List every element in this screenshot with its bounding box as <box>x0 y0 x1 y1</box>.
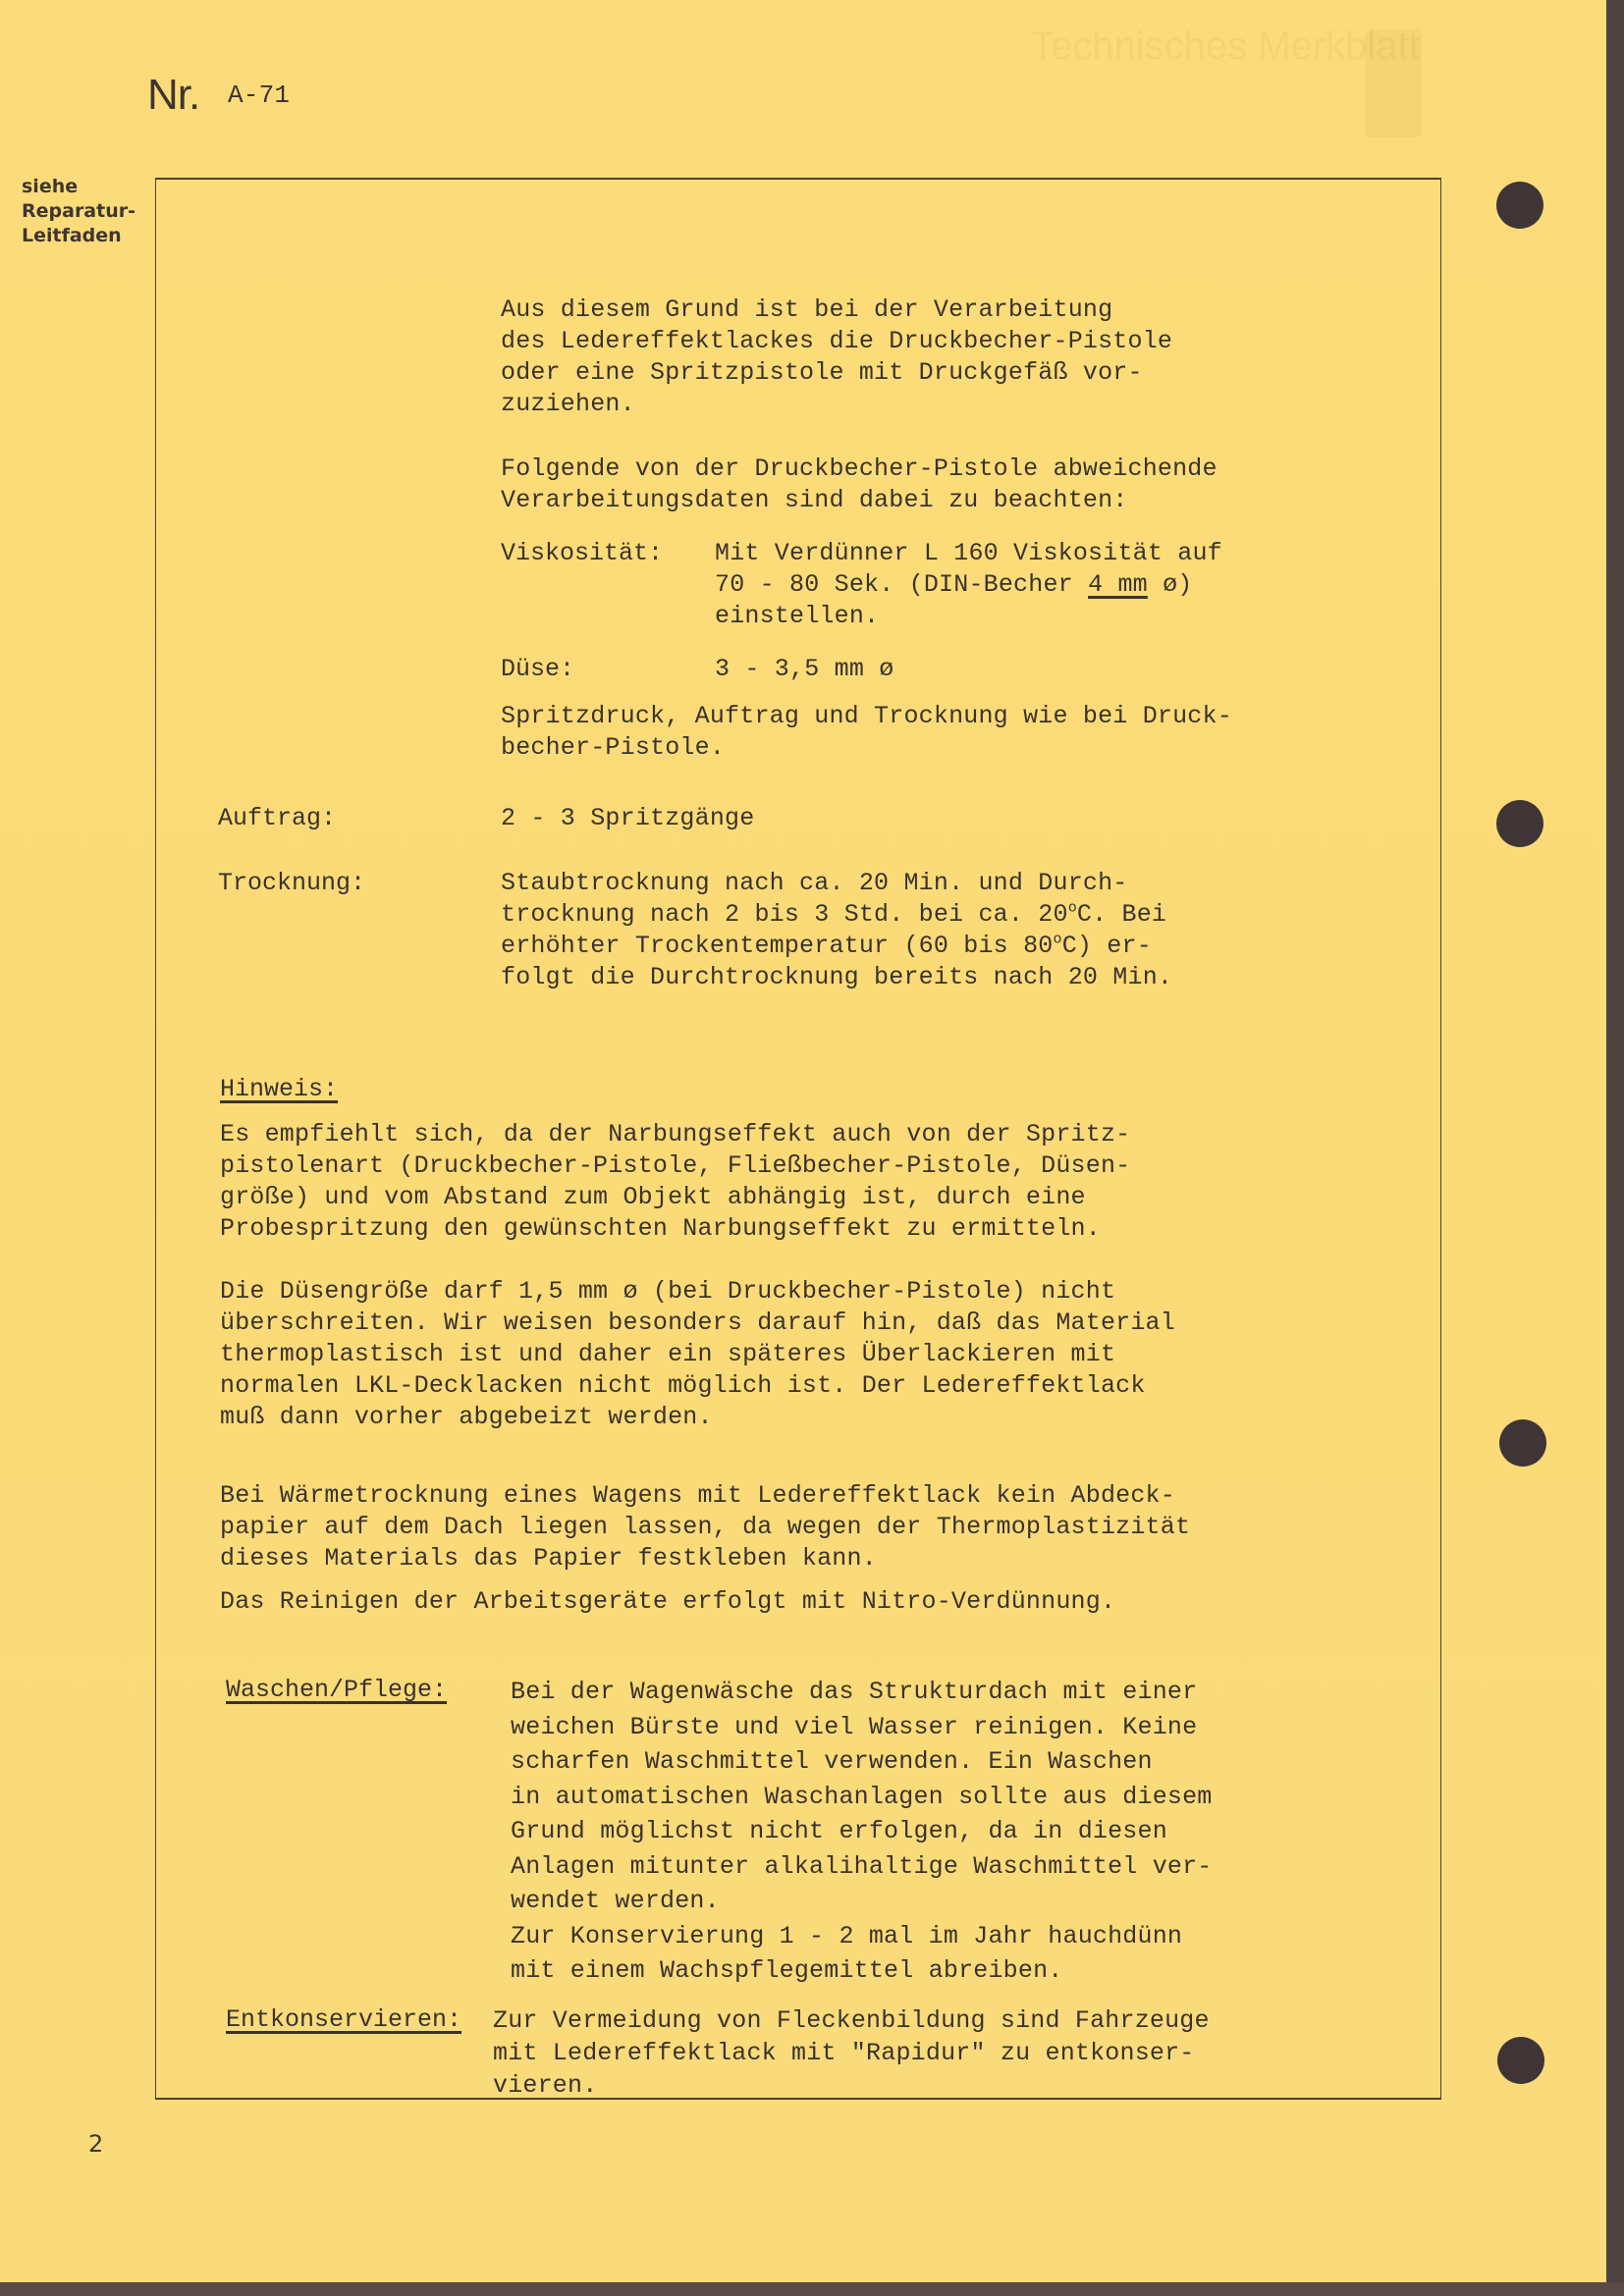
waschen-label: Waschen/Pflege: <box>226 1675 447 1705</box>
punch-hole <box>1496 800 1543 847</box>
scan-background-edge <box>0 2282 1624 2296</box>
spec-value-nozzle: 3 - 3,5 mm ø <box>715 654 893 684</box>
spec-value-viscosity-1: Mit Verdünner L 160 Viskosität auf <box>715 538 1222 568</box>
trocknung-text-end: C) er- <box>1062 932 1152 960</box>
spec-label-viscosity: Viskosität: <box>501 538 663 568</box>
hinweis-paragraph-3: Bei Wärmetrocknung eines Wagens mit Lede… <box>220 1480 1190 1575</box>
entkonservieren-text: Zur Vermeidung von Fleckenbildung sind F… <box>493 2004 1210 2102</box>
degree-symbol: o <box>1068 900 1077 917</box>
auftrag-value: 2 - 3 Spritzgänge <box>501 803 754 833</box>
trocknung-line-1: Staubtrocknung nach ca. 20 Min. und Durc… <box>501 868 1128 898</box>
trocknung-text-end: C. Bei <box>1077 900 1166 929</box>
document-number: A-71 <box>228 80 290 111</box>
trocknung-line-2: trocknung nach 2 bis 3 Std. bei ca. 20oC… <box>501 899 1166 930</box>
punch-hole <box>1499 1419 1546 1467</box>
trocknung-label: Trocknung: <box>218 868 365 898</box>
spec-value-viscosity-3: einstellen. <box>715 601 879 631</box>
punch-hole <box>1497 2037 1544 2084</box>
document-page: Technisches Merkblatt Nr. A-71 siehe Rep… <box>0 0 1606 2282</box>
auftrag-label: Auftrag: <box>218 803 336 833</box>
hinweis-paragraph-4: Das Reinigen der Arbeitsgeräte erfolgt m… <box>220 1586 1115 1617</box>
spray-note: Spritzdruck, Auftrag und Trocknung wie b… <box>501 701 1232 764</box>
intro-paragraph-1: Aus diesem Grund ist bei der Verarbeitun… <box>501 294 1172 420</box>
intro-paragraph-2: Folgende von der Druckbecher-Pistole abw… <box>501 454 1218 516</box>
punch-hole <box>1496 182 1543 229</box>
hinweis-paragraph-2: Die Düsengröße darf 1,5 mm ø (bei Druckb… <box>220 1276 1175 1433</box>
viscosity-text-end: ø) <box>1148 570 1193 599</box>
trocknung-text: trocknung nach 2 bis 3 Std. bei ca. 20 <box>501 900 1068 929</box>
viscosity-underlined: 4 mm <box>1088 570 1148 599</box>
page-number: 2 <box>88 2130 103 2158</box>
spec-label-nozzle: Düse: <box>501 654 574 684</box>
show-through-title: Technisches Merkblatt <box>1031 25 1420 69</box>
show-through-logo-icon <box>1365 29 1422 137</box>
document-number-label: Nr. <box>147 71 199 120</box>
hinweis-heading: Hinweis: <box>220 1074 338 1104</box>
trocknung-line-3: erhöhter Trockentemperatur (60 bis 80oC)… <box>501 931 1152 961</box>
hinweis-paragraph-1: Es empfiehlt sich, da der Narbungseffekt… <box>220 1119 1130 1245</box>
viscosity-text: 70 - 80 Sek. (DIN-Becher <box>715 570 1088 599</box>
trocknung-text: erhöhter Trockentemperatur (60 bis 80 <box>501 932 1054 960</box>
trocknung-line-4: folgt die Durchtrocknung bereits nach 20… <box>501 962 1172 992</box>
reference-note: siehe Reparatur- Leitfaden <box>22 175 135 248</box>
spec-value-viscosity-2: 70 - 80 Sek. (DIN-Becher 4 mm ø) <box>715 569 1192 600</box>
scan-background-edge <box>1606 0 1624 2282</box>
entkonservieren-label: Entkonservieren: <box>226 2004 461 2035</box>
waschen-text: Bei der Wagenwäsche das Strukturdach mit… <box>511 1675 1213 1989</box>
degree-symbol: o <box>1054 932 1062 948</box>
